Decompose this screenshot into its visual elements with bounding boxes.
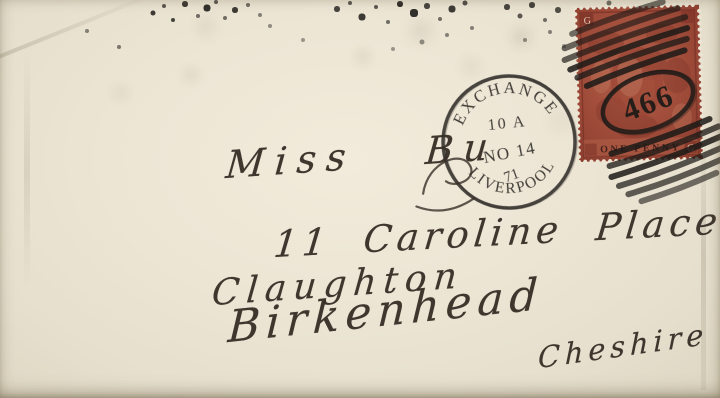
address-line-county: Cheshire <box>538 320 709 373</box>
envelope-front: EXCHANGE LIVERPOOL 10 A NO 14 71 <box>0 0 720 398</box>
paper-crease-top-left <box>0 0 163 67</box>
paper-crease-left <box>24 50 30 290</box>
ink-spatter <box>0 0 2 2</box>
address-line-street: 11 Caroline Place <box>272 202 720 263</box>
